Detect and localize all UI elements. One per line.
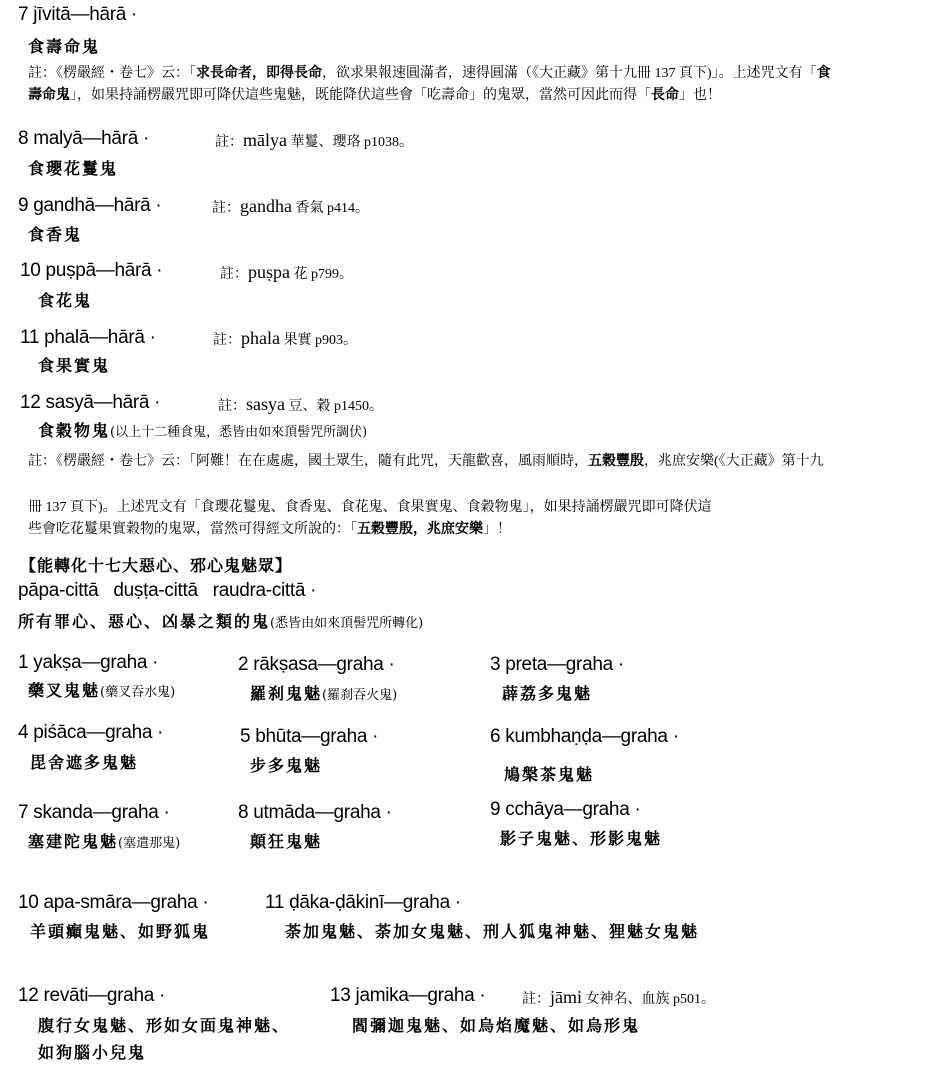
entry-number: 7 (18, 4, 28, 25)
note-text: 註：《楞嚴經・卷七》云：「阿難！在在處處，國土眾生，隨有此咒，天龍歡喜，風雨順時… (28, 454, 588, 469)
note-emphasis: 求長命者，即得長命 (196, 66, 322, 81)
entry-number: 6 (490, 726, 500, 747)
sanskrit-term: apa-smāra—graha · (44, 892, 209, 913)
graha-3-sanskrit: 3 preta—graha · (490, 654, 624, 676)
note-text: 」也！ (679, 88, 721, 103)
note-term: phala (241, 328, 280, 348)
entry-number: 12 (20, 392, 41, 413)
graha-11-chinese: 荼加鬼魅、荼加女鬼魅、刑人狐鬼神魅、狸魅女鬼魅 (285, 919, 699, 942)
entry-11-sanskrit: 11 phalā—hārā · (20, 327, 156, 349)
note-text: 果實 p903。 (280, 333, 357, 348)
note-term: jāmi (550, 987, 582, 1007)
sanskrit-term: revāti—graha · (44, 985, 165, 1006)
sanskrit-term: gandhā—hārā · (33, 195, 161, 216)
graha-13-sanskrit: 13 jamika—graha · (330, 985, 485, 1007)
entry-number: 2 (238, 654, 248, 675)
entry-9-note: 註：gandha 香氣 p414。 (212, 196, 369, 217)
graha-12-sanskrit: 12 revāti—graha · (18, 985, 165, 1007)
entry-9-chinese: 食香鬼 (28, 222, 82, 245)
note-text: 華鬘、瓔珞 p1038。 (287, 135, 413, 150)
entry-number: 4 (18, 722, 28, 743)
note-text: 註：《楞嚴經・卷七》云：「 (28, 66, 196, 81)
section-heading: 【能轉化十七大惡心、邪心鬼魅眾】 (20, 553, 292, 576)
entry-12-chinese: 食穀物鬼(以上十二種食鬼，悉皆由如來頂髻咒所調伏) (38, 418, 367, 441)
entry-10-sanskrit: 10 puṣpā—hārā · (20, 260, 162, 282)
graha-7-sanskrit: 7 skanda—graha · (18, 802, 170, 824)
sanskrit-term: yakṣa—graha · (33, 652, 158, 673)
entry-10-note: 註：puṣpa 花 p799。 (220, 262, 353, 283)
entry-number: 10 (18, 892, 39, 913)
note-1-line-2: 壽命鬼」，如果持誦楞嚴咒即可降伏這些鬼魅，既能降伏這些會「吃壽命」的鬼眾，當然可… (28, 85, 721, 107)
note-text: ，欲求果報速圓滿者，速得圓滿（《大正藏》第十九冊 137 頁下)」。上述咒文有「 (322, 66, 817, 81)
graha-4-chinese: 毘舍遮多鬼魅 (30, 750, 138, 773)
note-label: 註： (213, 333, 241, 348)
entry-8-chinese: 食瓔花鬘鬼 (28, 156, 118, 179)
entry-number: 9 (490, 799, 500, 820)
sanskrit-term: ḍāka-ḍākinī—graha · (289, 892, 461, 913)
note-2-line-3: 些會吃花鬘果實穀物的鬼眾，當然可得經文所說的：「五穀豐殷，兆庶安樂」！ (28, 519, 511, 541)
graha-7-chinese: 塞建陀鬼魅(塞遣那鬼) (28, 829, 180, 852)
note-emphasis: 五穀豐殷，兆庶安樂 (357, 522, 483, 537)
entry-number: 3 (490, 654, 500, 675)
graha-8-chinese: 顛狂鬼魅 (250, 829, 322, 852)
graha-1-sanskrit: 1 yakṣa—graha · (18, 652, 158, 674)
entry-12-note: 註：sasya 豆、穀 p1450。 (218, 394, 383, 415)
sanskrit-term: kumbhaṇḍa—graha · (505, 726, 678, 747)
entry-number: 8 (18, 128, 28, 149)
sanskrit-term: phalā—hārā · (44, 327, 156, 348)
sanskrit-term: sasyā—hārā · (46, 392, 161, 413)
entry-number: 8 (238, 802, 248, 823)
graha-13-note: 註：jāmi 女神名、血族 p501。 (522, 987, 715, 1008)
graha-5-chinese: 步多鬼魅 (250, 753, 322, 776)
entry-11-note: 註：phala 果實 p903。 (213, 328, 357, 349)
note-2-line-1: 註：《楞嚴經・卷七》云：「阿難！在在處處，國土眾生，隨有此咒，天龍歡喜，風雨順時… (28, 451, 824, 473)
note-2-line-2: 冊 137 頁下)。上述咒文有「食瓔花鬘鬼、食香鬼、食花鬼、食果實鬼、食穀物鬼」… (28, 497, 712, 519)
sanskrit-term: skanda—graha · (33, 802, 169, 823)
graha-10-chinese: 羊頭癲鬼魅、如野狐鬼 (30, 919, 210, 942)
note-term: sasya (246, 394, 285, 414)
note-text: 」！ (483, 522, 511, 537)
sanskrit-term: utmāda—graha · (253, 802, 391, 823)
note-1-line-1: 註：《楞嚴經・卷七》云：「求長命者，即得長命，欲求果報速圓滿者，速得圓滿（《大正… (28, 63, 831, 85)
sanskrit-term: cchāya—graha · (505, 799, 640, 820)
sanskrit-term: bhūta—graha · (255, 726, 378, 747)
chinese-gloss-suffix: (塞遣那鬼) (118, 836, 180, 851)
chinese-gloss-suffix: (以上十二種食鬼，悉皆由如來頂髻咒所調伏) (110, 425, 367, 440)
note-label: 註： (522, 992, 550, 1007)
sanskrit-term: rākṣasa—graha · (253, 654, 394, 675)
note-term: gandha (240, 196, 292, 216)
note-label: 註： (218, 399, 246, 414)
graha-4-sanskrit: 4 piśāca—graha · (18, 722, 163, 744)
graha-2-chinese: 羅刹鬼魅(羅刹吞火鬼) (250, 681, 397, 704)
entry-number: 11 (20, 327, 39, 348)
note-label: 註： (215, 135, 243, 150)
chinese-gloss: 所有罪心、惡心、凶暴之類的鬼 (18, 612, 270, 631)
sanskrit-term: jamika—graha · (356, 985, 486, 1006)
graha-10-sanskrit: 10 apa-smāra—graha · (18, 892, 208, 914)
entry-11-chinese: 食果實鬼 (38, 353, 110, 376)
sanskrit-term: malyā—hārā · (33, 128, 149, 149)
chinese-gloss-suffix: (羅刹吞火鬼) (322, 688, 397, 703)
note-label: 註： (212, 201, 240, 216)
entry-number: 5 (240, 726, 250, 747)
graha-1-chinese: 藥叉鬼魅(藥叉吞水鬼) (28, 678, 175, 701)
graha-6-sanskrit: 6 kumbhaṇḍa—graha · (490, 726, 679, 748)
entry-12-sanskrit: 12 sasyā—hārā · (20, 392, 160, 414)
sanskrit-term: jīvitā—hārā · (33, 4, 137, 25)
sanskrit-term: piśāca—graha · (33, 722, 163, 743)
entry-10-chinese: 食花鬼 (38, 288, 92, 311)
graha-3-chinese: 薜荔多鬼魅 (502, 681, 592, 704)
entry-number: 9 (18, 195, 28, 216)
entry-number: 7 (18, 802, 28, 823)
note-text: 豆、穀 p1450。 (285, 399, 383, 414)
entry-number: 10 (20, 260, 41, 281)
graha-6-chinese: 鳩槃茶鬼魅 (504, 762, 594, 785)
chinese-gloss: 塞建陀鬼魅 (28, 832, 118, 851)
sanskrit-term: preta—graha · (505, 654, 624, 675)
entry-number: 1 (18, 652, 28, 673)
chinese-gloss-suffix: (悉皆由如來頂髻咒所轉化) (270, 616, 423, 631)
chinese-gloss-suffix: (藥叉吞水鬼) (100, 685, 175, 700)
note-term: puṣpa (248, 262, 290, 282)
note-text: ，兆庶安樂(《大正藏》第十九 (644, 454, 824, 469)
graha-12-chinese-line-2: 如狗腦小兒鬼 (38, 1040, 146, 1063)
note-text: 女神名、血族 p501。 (582, 992, 715, 1007)
note-label: 註： (220, 267, 248, 282)
graha-5-sanskrit: 5 bhūta—graha · (240, 726, 378, 748)
graha-9-sanskrit: 9 cchāya—graha · (490, 799, 640, 821)
section-chinese-line: 所有罪心、惡心、凶暴之類的鬼(悉皆由如來頂髻咒所轉化) (18, 609, 423, 632)
chinese-gloss: 食穀物鬼 (38, 421, 110, 440)
entry-7-sanskrit: 7 jīvitā—hārā · (18, 4, 137, 26)
graha-9-chinese: 影子鬼魅、形影鬼魅 (500, 826, 662, 849)
note-emphasis: 五穀豐殷 (588, 454, 644, 469)
chinese-gloss: 藥叉鬼魅 (28, 681, 100, 700)
note-emphasis: 長命 (651, 88, 679, 103)
note-term: mālya (243, 130, 287, 150)
graha-2-sanskrit: 2 rākṣasa—graha · (238, 654, 395, 676)
note-emphasis: 食 (817, 66, 831, 81)
entry-number: 11 (265, 892, 284, 913)
entry-9-sanskrit: 9 gandhā—hārā · (18, 195, 161, 217)
entry-8-note: 註：mālya 華鬘、瓔珞 p1038。 (215, 130, 413, 151)
graha-11-sanskrit: 11 ḍāka-ḍākinī—graha · (265, 892, 461, 914)
graha-12-chinese: 腹行女鬼魅、形如女面鬼神魅、 (38, 1013, 290, 1036)
graha-8-sanskrit: 8 utmāda—graha · (238, 802, 392, 824)
sanskrit-term: puṣpā—hārā · (46, 260, 163, 281)
note-emphasis: 壽命鬼 (28, 88, 70, 103)
section-sanskrit-line: pāpa-cittā duṣṭa-cittā raudra-cittā · (18, 580, 316, 602)
note-text: 花 p799。 (290, 267, 353, 282)
entry-7-chinese: 食壽命鬼 (28, 34, 100, 57)
entry-number: 13 (330, 985, 351, 1006)
note-text: 些會吃花鬘果實穀物的鬼眾，當然可得經文所說的：「 (28, 522, 357, 537)
entry-8-sanskrit: 8 malyā—hārā · (18, 128, 149, 150)
note-text: 」，如果持誦楞嚴咒即可降伏這些鬼魅，既能降伏這些會「吃壽命」的鬼眾，當然可因此而… (70, 88, 651, 103)
graha-13-chinese: 閻彌迦鬼魅、如烏焰魔魅、如烏形鬼 (352, 1013, 640, 1036)
entry-number: 12 (18, 985, 39, 1006)
chinese-gloss: 羅刹鬼魅 (250, 684, 322, 703)
note-text: 香氣 p414。 (292, 201, 369, 216)
